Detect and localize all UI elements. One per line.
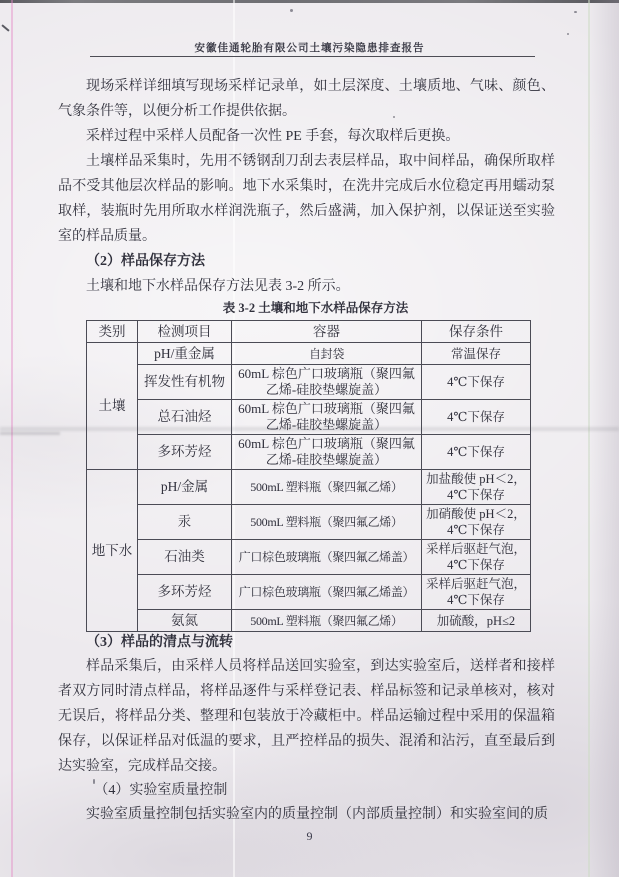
scan-speck [574, 11, 577, 13]
paragraph-sampling-record: 现场采样详细填写现场采样记录单，如土层深度、土壤质地、气味、颜色、气象条件等，以… [58, 74, 555, 124]
header-cell-condition: 保存条件 [422, 321, 531, 343]
condition-cell: 加盐酸使 pH＜2，4℃下保存 [422, 470, 531, 505]
scan-corner-mark [1, 24, 9, 31]
container-cell: 广口棕色玻璃瓶（聚四氟乙烯盖） [232, 540, 422, 575]
page-number: 9 [0, 829, 619, 843]
table-row: 石油类广口棕色玻璃瓶（聚四氟乙烯盖）采样后驱赶气泡，4℃下保存 [87, 540, 531, 575]
paragraph-pe-gloves: 采样过程中采样人员配备一次性 PE 手套，每次取样后更换。 [58, 124, 555, 149]
header-rule [90, 56, 535, 57]
table-row: 汞500mL 塑料瓶（聚四氟乙烯）加硝酸使 pH＜2，4℃下保存 [87, 505, 531, 540]
table-row: 土壤pH/重金属自封袋常温保存 [87, 343, 531, 365]
container-cell: 广口棕色玻璃瓶（聚四氟乙烯盖） [232, 575, 422, 610]
item-cell: 总石油烃 [138, 400, 232, 435]
scan-speck [567, 33, 569, 35]
table-row: 多环芳烃60mL 棕色广口玻璃瓶（聚四氟乙烯-硅胶垫螺旋盖）4℃下保存 [87, 435, 531, 470]
item-cell: 氨氮 [138, 610, 232, 632]
header-cell-item: 检测项目 [138, 321, 232, 343]
table-row: 总石油烃60mL 棕色广口玻璃瓶（聚四氟乙烯-硅胶垫螺旋盖）4℃下保存 [87, 400, 531, 435]
item-cell: 汞 [138, 505, 232, 540]
item-cell: pH/重金属 [138, 343, 232, 365]
item-cell: pH/金属 [138, 470, 232, 505]
item-cell: 石油类 [138, 540, 232, 575]
condition-cell: 加硫酸，pH≤2 [422, 610, 531, 632]
category-cell: 地下水 [87, 470, 138, 632]
scan-edge-top [0, 0, 619, 3]
paragraph-see-table: 土壤和地下水样品保存方法见表 3-2 所示。 [58, 274, 555, 299]
container-cell: 500mL 塑料瓶（聚四氟乙烯） [232, 610, 422, 632]
table-row: 地下水pH/金属500mL 塑料瓶（聚四氟乙烯）加盐酸使 pH＜2，4℃下保存 [87, 470, 531, 505]
preservation-table: 类别 检测项目 容器 保存条件 土壤pH/重金属自封袋常温保存挥发性有机物60m… [86, 320, 531, 632]
condition-cell: 常温保存 [422, 343, 531, 365]
item-cell: 多环芳烃 [138, 435, 232, 470]
report-header-title: 安徽佳通轮胎有限公司土壤污染隐患排查报告 [0, 40, 619, 55]
table-row: 氨氮500mL 塑料瓶（聚四氟乙烯）加硫酸，pH≤2 [87, 610, 531, 632]
paragraph-sample-transfer: 样品采集后，由采样人员将样品送回实验室，到达实验室后，送样者和接样者双方同时清点… [58, 654, 555, 779]
paragraph-soil-collection: 土壤样品采集时，先用不锈钢刮刀刮去表层样品，取中间样品，确保所取样品不受其他层次… [58, 149, 555, 249]
item-cell: 多环芳烃 [138, 575, 232, 610]
condition-cell: 加硝酸使 pH＜2，4℃下保存 [422, 505, 531, 540]
scan-speck [290, 9, 293, 12]
preservation-table-body: 土壤pH/重金属自封袋常温保存挥发性有机物60mL 棕色广口玻璃瓶（聚四氟乙烯-… [87, 343, 531, 632]
container-cell: 60mL 棕色广口玻璃瓶（聚四氟乙烯-硅胶垫螺旋盖） [232, 435, 422, 470]
heading-sample-transfer: （3）样品的清点与流转 [58, 632, 555, 654]
condition-cell: 采样后驱赶气泡，4℃下保存 [422, 575, 531, 610]
heading-sample-preservation: （2）样品保存方法 [58, 249, 555, 274]
scan-pink-line [11, 0, 13, 877]
condition-cell: 4℃下保存 [422, 400, 531, 435]
table-caption: 表 3-2 土壤和地下水样品保存方法 [58, 299, 555, 317]
document-body: 现场采样详细填写现场采样记录单，如土层深度、土壤质地、气味、颜色、气象条件等，以… [58, 74, 555, 827]
category-cell: 土壤 [87, 343, 138, 470]
header-cell-category: 类别 [87, 321, 138, 343]
condition-cell: 4℃下保存 [422, 365, 531, 400]
table-row: 挥发性有机物60mL 棕色广口玻璃瓶（聚四氟乙烯-硅胶垫螺旋盖）4℃下保存 [87, 365, 531, 400]
scan-right-shadow [589, 0, 619, 877]
table-header-row: 类别 检测项目 容器 保存条件 [87, 321, 531, 343]
container-cell: 500mL 塑料瓶（聚四氟乙烯） [232, 470, 422, 505]
container-cell: 60mL 棕色广口玻璃瓶（聚四氟乙烯-硅胶垫螺旋盖） [232, 365, 422, 400]
scan-smudge-left [0, 432, 60, 435]
condition-cell: 采样后驱赶气泡，4℃下保存 [422, 540, 531, 575]
paragraph-lab-qc: 实验室质量控制包括实验室内的质量控制（内部质量控制）和实验室间的质 [58, 803, 555, 827]
item-cell: 挥发性有机物 [138, 365, 232, 400]
container-cell: 60mL 棕色广口玻璃瓶（聚四氟乙烯-硅胶垫螺旋盖） [232, 400, 422, 435]
container-cell: 500mL 塑料瓶（聚四氟乙烯） [232, 505, 422, 540]
scanned-report-page: 安徽佳通轮胎有限公司土壤污染隐患排查报告 现场采样详细填写现场采样记录单，如土层… [0, 0, 619, 877]
heading-lab-qc: （4）实验室质量控制 [58, 779, 555, 803]
header-cell-container: 容器 [232, 321, 422, 343]
table-row: 多环芳烃广口棕色玻璃瓶（聚四氟乙烯盖）采样后驱赶气泡，4℃下保存 [87, 575, 531, 610]
condition-cell: 4℃下保存 [422, 435, 531, 470]
container-cell: 自封袋 [232, 343, 422, 365]
